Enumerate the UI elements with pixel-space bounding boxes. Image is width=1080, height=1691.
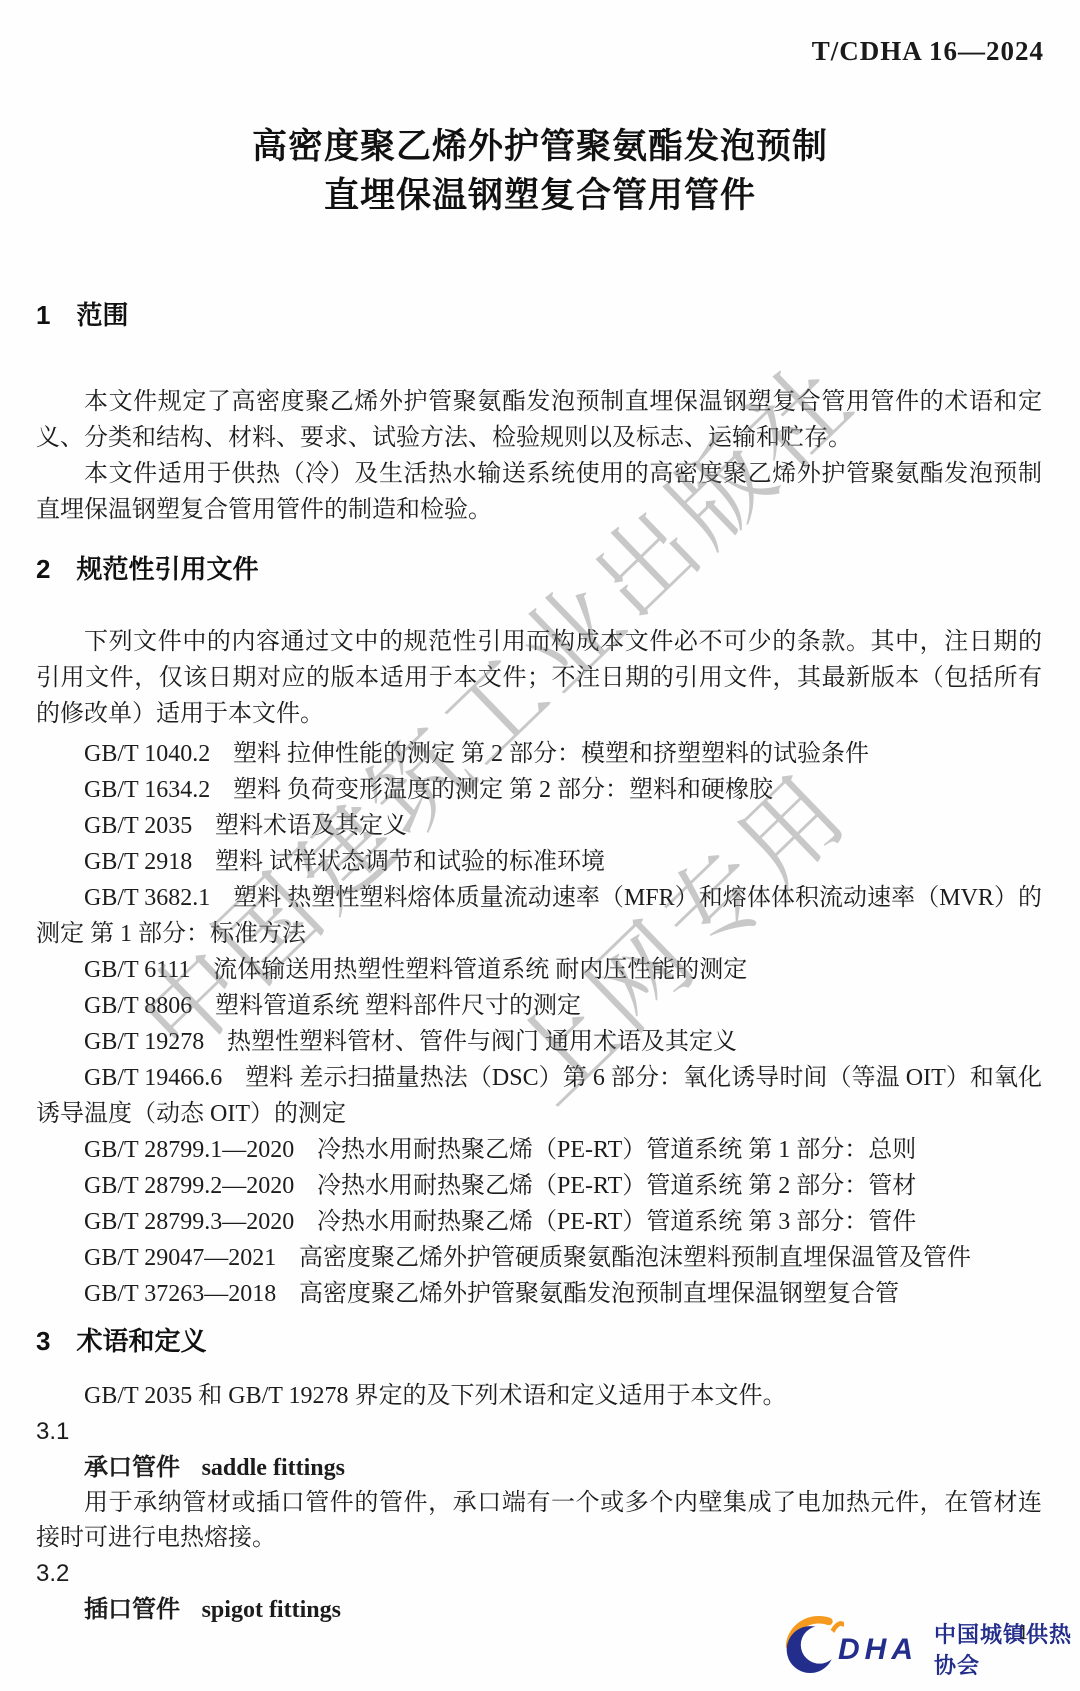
reference-code: GB/T 28799.3—2020 [84,1209,294,1235]
reference-code: GB/T 1040.2 [84,741,210,767]
term-3-2-en: spigot fittings [202,1597,341,1623]
reference-item: GB/T 28799.1—2020冷热水用耐热聚乙烯（PE-RT）管道系统 第 … [36,1132,1042,1168]
reference-title: 塑料 拉伸性能的测定 第 2 部分：模塑和挤塑塑料的试验条件 [233,741,869,767]
reference-title: 塑料 试样状态调节和试验的标准环境 [215,849,605,875]
reference-title: 塑料管道系统 塑料部件尺寸的测定 [215,993,581,1019]
reference-item: GB/T 2918塑料 试样状态调节和试验的标准环境 [36,844,1042,880]
document-page: T/CDHA 16—2024 高密度聚乙烯外护管聚氨酯发泡预制 直埋保温钢塑复合… [0,0,1080,1691]
reference-item: GB/T 2035塑料术语及其定义 [36,808,1042,844]
reference-item: GB/T 6111流体输送用热塑性塑料管道系统 耐内压性能的测定 [36,952,1042,988]
reference-item: GB/T 3682.1塑料 热塑性塑料熔体质量流动速率（MFR）和熔体体积流动速… [36,880,1042,952]
doc-title-line2: 直埋保温钢塑复合管用管件 [0,171,1080,220]
reference-title: 流体输送用热塑性塑料管道系统 耐内压性能的测定 [213,957,747,983]
doc-code: T/CDHA 16—2024 [812,36,1044,67]
reference-code: GB/T 19466.6 [84,1065,222,1091]
section-3-title: 术语和定义 [76,1326,206,1356]
reference-code: GB/T 19278 [84,1029,204,1055]
reference-code: GB/T 2035 [84,813,192,839]
reference-code: GB/T 3682.1 [84,885,210,911]
reference-item: GB/T 29047—2021高密度聚乙烯外护管硬质聚氨酯泡沫塑料预制直埋保温管… [36,1240,1042,1276]
term-3-1-en: saddle fittings [202,1455,345,1481]
section-1-title: 范围 [76,300,128,330]
term-3-1-zh: 承口管件 [84,1454,180,1481]
section-2-number: 2 [36,554,50,584]
reference-code: GB/T 8806 [84,993,192,1019]
page-number: 1 [1018,1620,1029,1645]
reference-code: GB/T 28799.1—2020 [84,1137,294,1163]
doc-title-line1: 高密度聚乙烯外护管聚氨酯发泡预制 [0,122,1080,171]
reference-item: GB/T 19278热塑性塑料管材、管件与阀门 通用术语及其定义 [36,1024,1042,1060]
clause-number-3-2: 3.2 [36,1556,1042,1592]
reference-title: 高密度聚乙烯外护管聚氨酯发泡预制直埋保温钢塑复合管 [299,1281,899,1307]
reference-title: 高密度聚乙烯外护管硬质聚氨酯泡沫塑料预制直埋保温管及管件 [299,1245,971,1271]
scope-paragraph-2: 本文件适用于供热（冷）及生活热水输送系统使用的高密度聚乙烯外护管聚氨酯发泡预制直… [36,456,1042,528]
doc-title: 高密度聚乙烯外护管聚氨酯发泡预制 直埋保温钢塑复合管用管件 [0,122,1080,220]
reference-code: GB/T 37263—2018 [84,1281,276,1307]
reference-item: GB/T 37263—2018高密度聚乙烯外护管聚氨酯发泡预制直埋保温钢塑复合管 [36,1276,1042,1312]
reference-title: 冷热水用耐热聚乙烯（PE-RT）管道系统 第 3 部分：管件 [317,1209,916,1235]
cdha-logo: DHA 中国城镇供热协会 [782,1606,1080,1680]
section-3-number: 3 [36,1326,50,1356]
reference-list: GB/T 1040.2塑料 拉伸性能的测定 第 2 部分：模塑和挤塑塑料的试验条… [36,736,1042,1312]
section-3-heading: 3术语和定义 [36,1326,1042,1356]
logo-swoosh-icon [782,1612,844,1674]
logo-association-name: 中国城镇供热协会 [934,1618,1080,1680]
section-1-heading: 1范围 [36,300,1042,330]
term-3-1: 承口管件saddle fittings [36,1450,1042,1486]
reference-code: GB/T 28799.2—2020 [84,1173,294,1199]
term-3-2-zh: 插口管件 [84,1596,180,1623]
reference-code: GB/T 1634.2 [84,777,210,803]
reference-item: GB/T 28799.2—2020冷热水用耐热聚乙烯（PE-RT）管道系统 第 … [36,1168,1042,1204]
logo-abbr-text: DHA [838,1633,918,1667]
reference-item: GB/T 19466.6塑料 差示扫描量热法（DSC）第 6 部分：氧化诱导时间… [36,1060,1042,1132]
reference-title: 冷热水用耐热聚乙烯（PE-RT）管道系统 第 2 部分：管材 [317,1173,916,1199]
document-body: 1范围 本文件规定了高密度聚乙烯外护管聚氨酯发泡预制直埋保温钢塑复合管用管件的术… [36,300,1042,1628]
reference-code: GB/T 6111 [84,957,190,983]
references-intro: 下列文件中的内容通过文中的规范性引用而构成本文件必不可少的条款。其中，注日期的引… [36,624,1042,732]
reference-item: GB/T 1040.2塑料 拉伸性能的测定 第 2 部分：模塑和挤塑塑料的试验条… [36,736,1042,772]
reference-title: 塑料术语及其定义 [215,813,407,839]
reference-code: GB/T 29047—2021 [84,1245,276,1271]
reference-code: GB/T 2918 [84,849,192,875]
section-1-number: 1 [36,300,50,330]
clause-number-3-1: 3.1 [36,1414,1042,1450]
section-2-heading: 2规范性引用文件 [36,554,1042,584]
reference-title: 冷热水用耐热聚乙烯（PE-RT）管道系统 第 1 部分：总则 [317,1137,916,1163]
reference-title: 塑料 负荷变形温度的测定 第 2 部分：塑料和硬橡胶 [233,777,773,803]
reference-item: GB/T 8806塑料管道系统 塑料部件尺寸的测定 [36,988,1042,1024]
section-2-title: 规范性引用文件 [76,554,258,584]
reference-item: GB/T 28799.3—2020冷热水用耐热聚乙烯（PE-RT）管道系统 第 … [36,1204,1042,1240]
term-3-1-definition: 用于承纳管材或插口管件的管件，承口端有一个或多个内壁集成了电加热元件，在管材连接… [36,1486,1042,1556]
reference-title: 热塑性塑料管材、管件与阀门 通用术语及其定义 [227,1029,737,1055]
reference-item: GB/T 1634.2塑料 负荷变形温度的测定 第 2 部分：塑料和硬橡胶 [36,772,1042,808]
scope-paragraph-1: 本文件规定了高密度聚乙烯外护管聚氨酯发泡预制直埋保温钢塑复合管用管件的术语和定义… [36,384,1042,456]
terms-intro: GB/T 2035 和 GB/T 19278 界定的及下列术语和定义适用于本文件… [36,1378,1042,1414]
